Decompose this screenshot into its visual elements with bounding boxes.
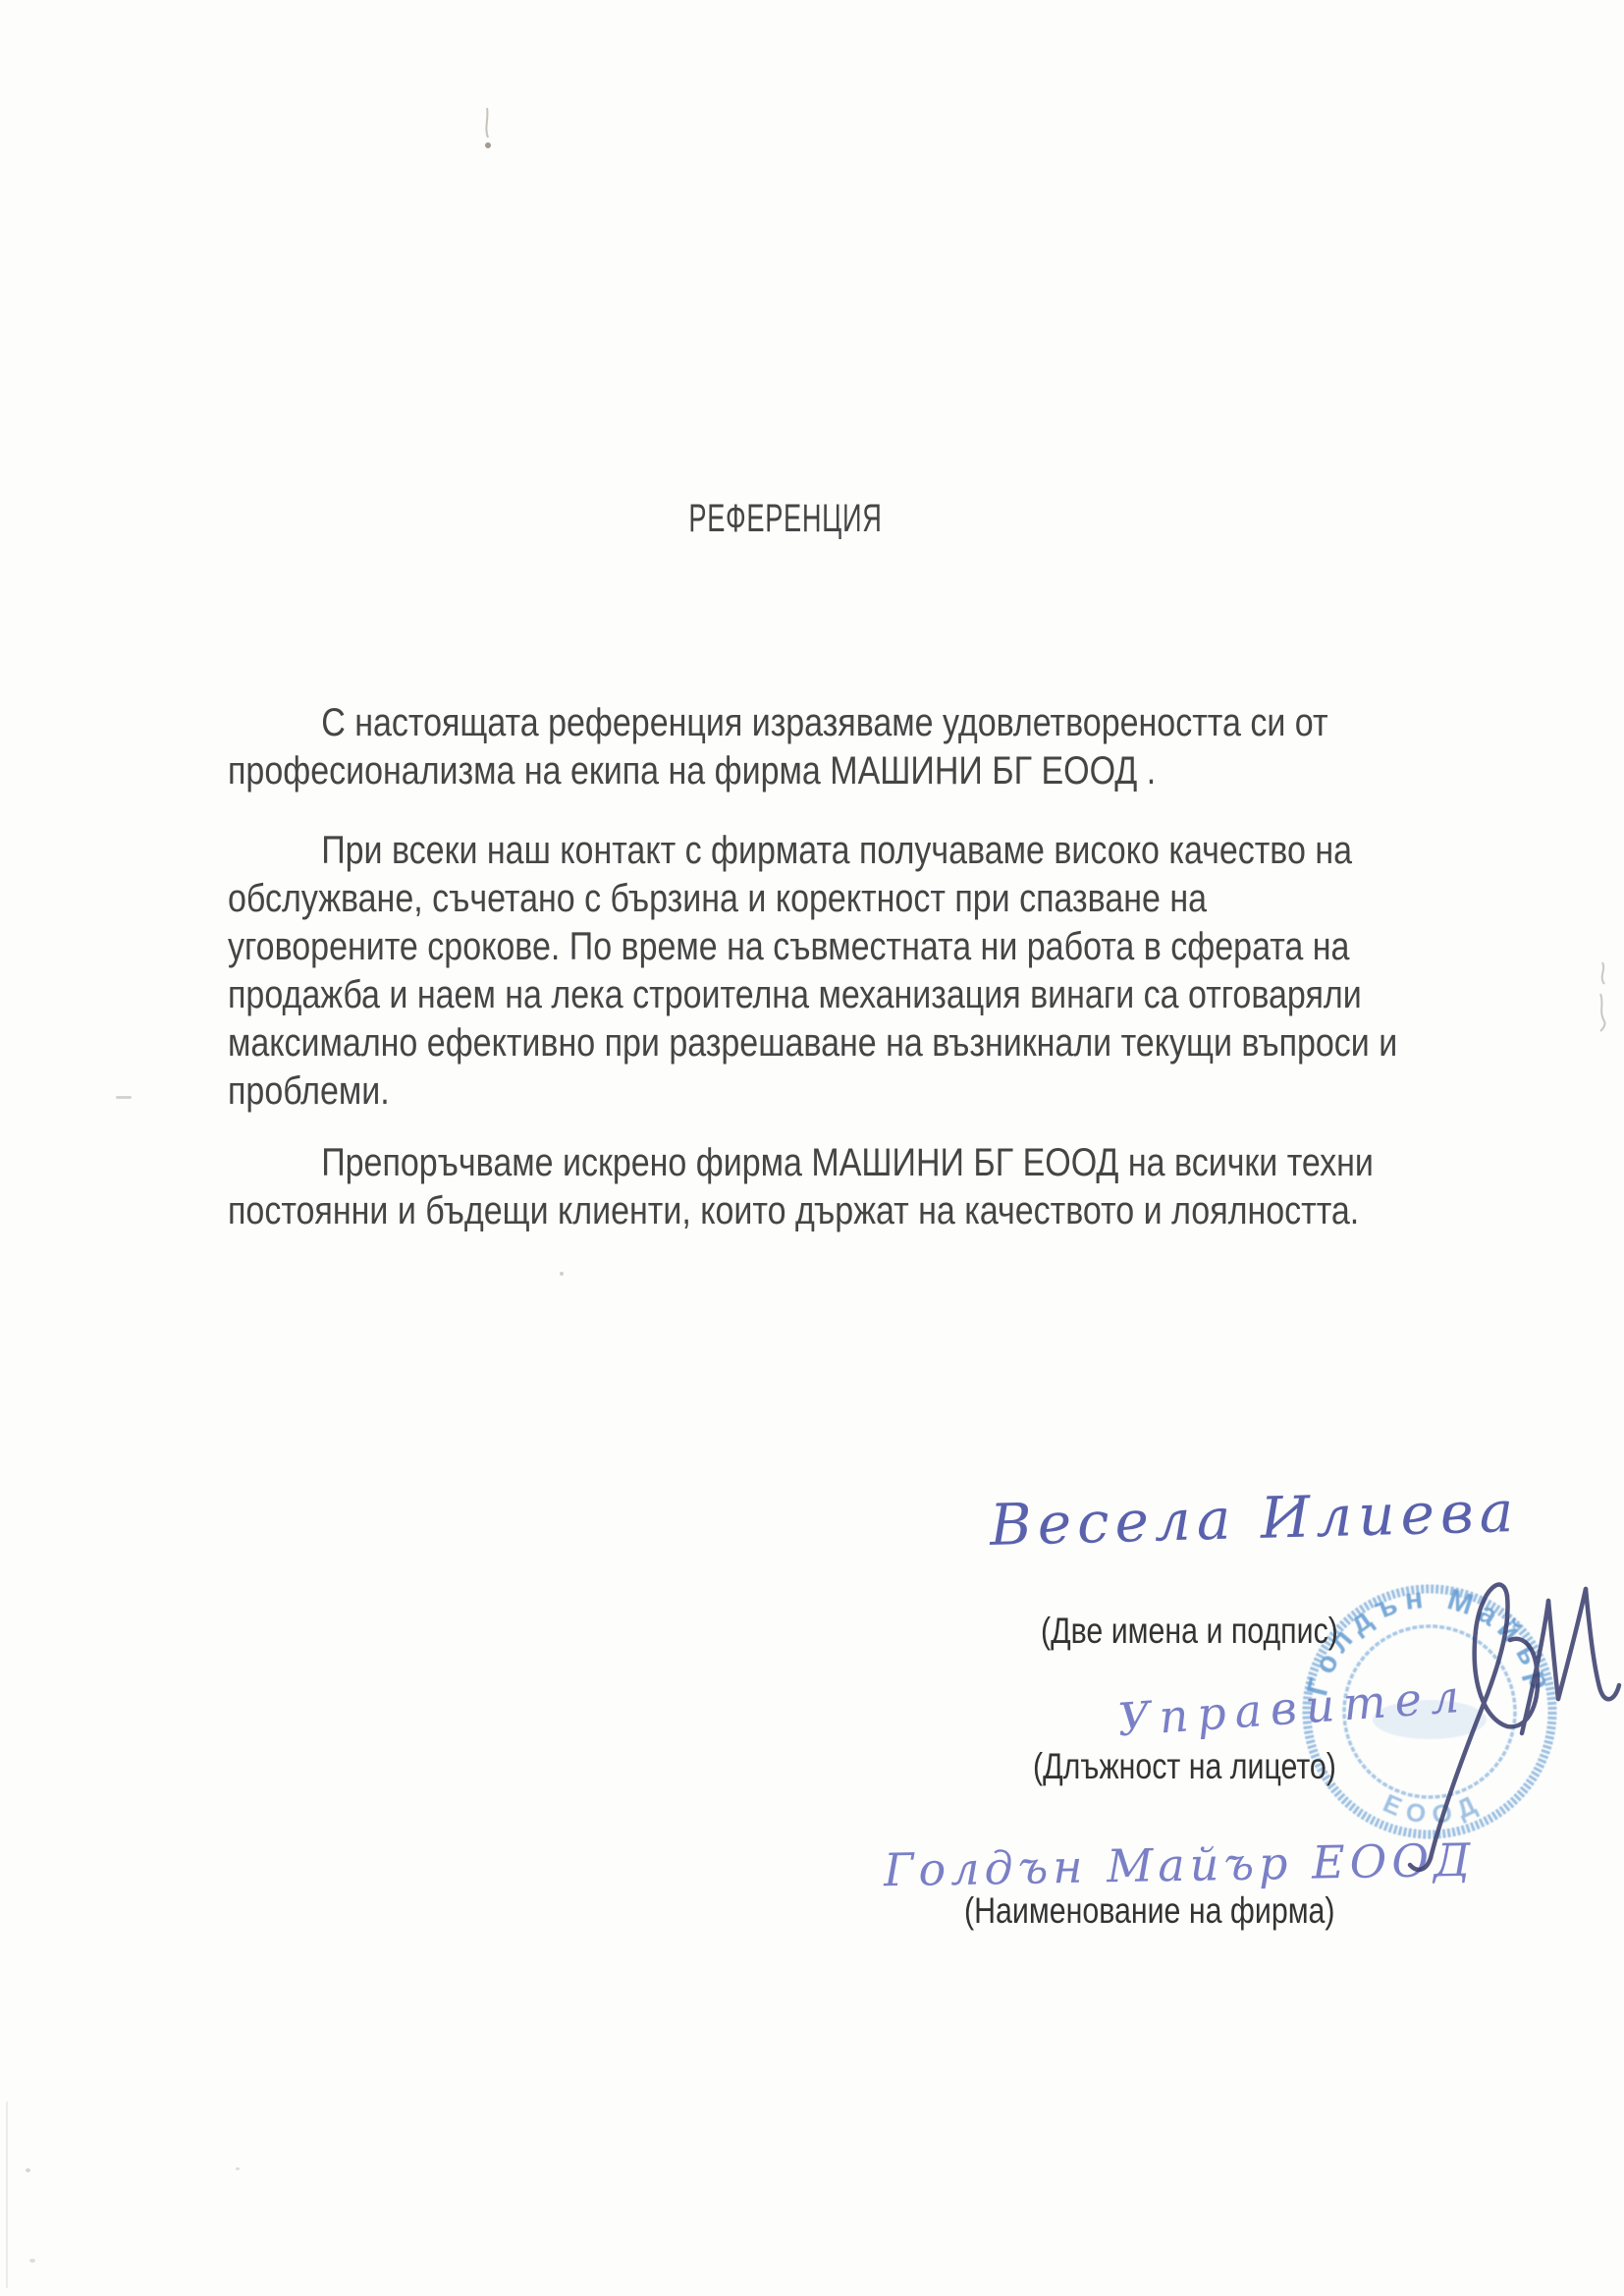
- pen-signature-graphic: [1375, 1561, 1624, 1886]
- text-line: Препоръчваме искрено фирма МАШИНИ БГ ЕОО…: [228, 1139, 1374, 1187]
- name-label: (Две имена и подпис): [1041, 1611, 1338, 1652]
- paragraph-2: При всеки наш контакт с фирмата получава…: [228, 827, 1397, 1116]
- text-line: обслужване, съчетано с бързина и коректн…: [228, 875, 1397, 923]
- text-line: постоянни и бъдещи клиенти, които държат…: [228, 1187, 1374, 1235]
- text-line: продажба и наем на лека строителна механ…: [228, 971, 1397, 1019]
- scan-artifact: [6, 2102, 8, 2288]
- scan-artifact: [1591, 960, 1614, 1038]
- text-line: максимално ефективно при разрешаване на …: [228, 1019, 1397, 1067]
- text-line: уговорените срокове. По време на съвмест…: [228, 923, 1397, 971]
- scan-artifact: [116, 1096, 132, 1099]
- scan-artifact: [236, 2167, 240, 2170]
- paragraph-1: С настоящата референция изразяваме удовл…: [228, 699, 1328, 795]
- text-line: проблеми.: [228, 1067, 1397, 1116]
- pen-signature: [1375, 1561, 1624, 1886]
- handwritten-name: Весела Илиева: [989, 1478, 1520, 1558]
- scan-artifact: [560, 1272, 564, 1276]
- text-line: професионализма на екипа на фирма МАШИНИ…: [228, 747, 1328, 795]
- document-page: РЕФЕРЕНЦИЯ С настоящата референция израз…: [0, 0, 1624, 2296]
- document-title: РЕФЕРЕНЦИЯ: [228, 497, 1343, 541]
- text-line: С настоящата референция изразяваме удовл…: [228, 699, 1328, 747]
- text-line: При всеки наш контакт с фирмата получава…: [228, 827, 1397, 875]
- scan-artifact: [29, 2259, 35, 2263]
- document-title-text: РЕФЕРЕНЦИЯ: [688, 497, 882, 541]
- scan-artifact: [479, 106, 495, 158]
- paragraph-3: Препоръчваме искрено фирма МАШИНИ БГ ЕОО…: [228, 1139, 1374, 1235]
- scan-artifact: [26, 2168, 30, 2172]
- position-label: (Длъжност на лицето): [1033, 1746, 1336, 1787]
- company-label: (Наименование на фирма): [964, 1890, 1335, 1932]
